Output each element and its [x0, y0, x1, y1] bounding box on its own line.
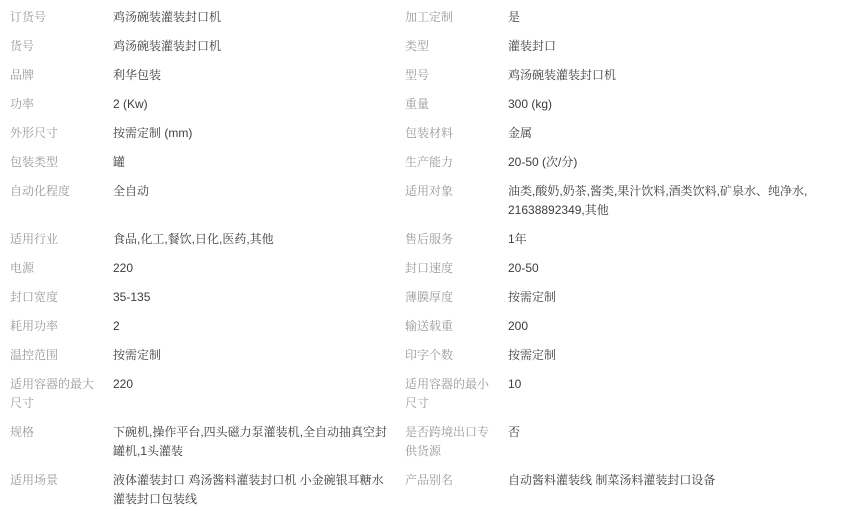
spec-pair-right: 售后服务 1年: [405, 230, 849, 249]
spec-pair-left: 包装类型 罐: [10, 153, 395, 172]
spec-pair-left: 外形尺寸 按需定制 (mm): [10, 124, 395, 143]
spec-pair-left: 适用场景 液体灌装封口 鸡汤酱料灌装封口机 小金碗银耳糖水灌装封口包装线: [10, 471, 395, 509]
spec-pair-right: 重量 300 (kg): [405, 95, 849, 114]
spec-label: 自动化程度: [10, 182, 105, 201]
spec-pair-left: 品牌 利华包装: [10, 66, 395, 85]
spec-pair-left: 温控范围 按需定制: [10, 346, 395, 365]
spec-row: 自动化程度 全自动 适用对象 油类,酸奶,奶茶,酱类,果汁饮料,酒类饮料,矿泉水…: [10, 182, 849, 220]
spec-label: 温控范围: [10, 346, 105, 365]
product-spec-table: 订货号 鸡汤碗装灌装封口机 加工定制 是 货号 鸡汤碗装灌装封口机 类型 灌装封…: [0, 0, 849, 509]
spec-label: 品牌: [10, 66, 105, 85]
spec-label: 是否跨境出口专供货源: [405, 423, 500, 461]
spec-row: 外形尺寸 按需定制 (mm) 包装材料 金属: [10, 124, 849, 143]
spec-value: 灌装封口: [508, 37, 810, 56]
spec-label: 订货号: [10, 8, 105, 27]
spec-pair-right: 薄膜厚度 按需定制: [405, 288, 849, 307]
spec-value: 按需定制: [508, 288, 810, 307]
spec-value: 金属: [508, 124, 810, 143]
spec-label: 封口速度: [405, 259, 500, 278]
spec-label: 包装材料: [405, 124, 500, 143]
spec-value: 1年: [508, 230, 810, 249]
spec-value: 液体灌装封口 鸡汤酱料灌装封口机 小金碗银耳糖水灌装封口包装线: [113, 471, 395, 509]
spec-row: 品牌 利华包装 型号 鸡汤碗装灌装封口机: [10, 66, 849, 85]
spec-value: 10: [508, 375, 810, 394]
spec-value: 鸡汤碗装灌装封口机: [113, 8, 395, 27]
spec-pair-right: 输送载重 200: [405, 317, 849, 336]
spec-value: 按需定制: [508, 346, 810, 365]
spec-value: 利华包装: [113, 66, 395, 85]
spec-label: 封口宽度: [10, 288, 105, 307]
spec-label: 加工定制: [405, 8, 500, 27]
spec-row: 规格 下碗机,操作平台,四头磁力泵灌装机,全自动抽真空封罐机,1头灌装 是否跨境…: [10, 423, 849, 461]
spec-value: 2: [113, 317, 395, 336]
spec-value: 油类,酸奶,奶茶,酱类,果汁饮料,酒类饮料,矿泉水、纯净水,2163889234…: [508, 182, 810, 220]
spec-label: 适用对象: [405, 182, 500, 201]
spec-label: 适用容器的最大尺寸: [10, 375, 105, 413]
spec-pair-right: 生产能力 20-50 (次/分): [405, 153, 849, 172]
spec-pair-right: 封口速度 20-50: [405, 259, 849, 278]
spec-pair-right: 适用容器的最小尺寸 10: [405, 375, 849, 413]
spec-value: 2 (Kw): [113, 95, 395, 114]
spec-value: 自动酱料灌装线 制菜汤料灌装封口设备: [508, 471, 810, 490]
spec-row: 适用行业 食品,化工,餐饮,日化,医药,其他 售后服务 1年: [10, 230, 849, 249]
spec-pair-right: 适用对象 油类,酸奶,奶茶,酱类,果汁饮料,酒类饮料,矿泉水、纯净水,21638…: [405, 182, 849, 220]
spec-label: 规格: [10, 423, 105, 442]
spec-pair-left: 规格 下碗机,操作平台,四头磁力泵灌装机,全自动抽真空封罐机,1头灌装: [10, 423, 395, 461]
spec-label: 生产能力: [405, 153, 500, 172]
spec-value: 300 (kg): [508, 95, 810, 114]
spec-row: 订货号 鸡汤碗装灌装封口机 加工定制 是: [10, 8, 849, 27]
spec-row: 适用场景 液体灌装封口 鸡汤酱料灌装封口机 小金碗银耳糖水灌装封口包装线 产品别…: [10, 471, 849, 509]
spec-label: 电源: [10, 259, 105, 278]
spec-value: 200: [508, 317, 810, 336]
spec-value: 220: [113, 375, 395, 394]
spec-row: 耗用功率 2 输送载重 200: [10, 317, 849, 336]
spec-pair-left: 自动化程度 全自动: [10, 182, 395, 201]
spec-value: 按需定制 (mm): [113, 124, 395, 143]
spec-pair-left: 适用行业 食品,化工,餐饮,日化,医药,其他: [10, 230, 395, 249]
spec-row: 适用容器的最大尺寸 220 适用容器的最小尺寸 10: [10, 375, 849, 413]
spec-label: 适用行业: [10, 230, 105, 249]
spec-pair-left: 耗用功率 2: [10, 317, 395, 336]
spec-pair-right: 型号 鸡汤碗装灌装封口机: [405, 66, 849, 85]
spec-row: 封口宽度 35-135 薄膜厚度 按需定制: [10, 288, 849, 307]
spec-pair-left: 适用容器的最大尺寸 220: [10, 375, 395, 413]
spec-pair-right: 类型 灌装封口: [405, 37, 849, 56]
spec-value: 35-135: [113, 288, 395, 307]
spec-value: 鸡汤碗装灌装封口机: [508, 66, 810, 85]
spec-pair-right: 是否跨境出口专供货源 否: [405, 423, 849, 461]
spec-label: 类型: [405, 37, 500, 56]
spec-value: 20-50 (次/分): [508, 153, 810, 172]
spec-label: 薄膜厚度: [405, 288, 500, 307]
spec-row: 包装类型 罐 生产能力 20-50 (次/分): [10, 153, 849, 172]
spec-row: 电源 220 封口速度 20-50: [10, 259, 849, 278]
spec-label: 售后服务: [405, 230, 500, 249]
spec-value: 鸡汤碗装灌装封口机: [113, 37, 395, 56]
spec-value: 否: [508, 423, 810, 442]
spec-value: 罐: [113, 153, 395, 172]
spec-pair-left: 电源 220: [10, 259, 395, 278]
spec-value: 食品,化工,餐饮,日化,医药,其他: [113, 230, 395, 249]
spec-pair-left: 封口宽度 35-135: [10, 288, 395, 307]
spec-label: 适用容器的最小尺寸: [405, 375, 500, 413]
spec-row: 货号 鸡汤碗装灌装封口机 类型 灌装封口: [10, 37, 849, 56]
spec-pair-right: 加工定制 是: [405, 8, 849, 27]
spec-label: 包装类型: [10, 153, 105, 172]
spec-value: 是: [508, 8, 810, 27]
spec-label: 货号: [10, 37, 105, 56]
spec-pair-left: 功率 2 (Kw): [10, 95, 395, 114]
spec-label: 重量: [405, 95, 500, 114]
spec-label: 耗用功率: [10, 317, 105, 336]
spec-label: 外形尺寸: [10, 124, 105, 143]
spec-label: 印字个数: [405, 346, 500, 365]
spec-pair-left: 货号 鸡汤碗装灌装封口机: [10, 37, 395, 56]
spec-row: 功率 2 (Kw) 重量 300 (kg): [10, 95, 849, 114]
spec-value: 按需定制: [113, 346, 395, 365]
spec-value: 20-50: [508, 259, 810, 278]
spec-label: 型号: [405, 66, 500, 85]
spec-label: 产品别名: [405, 471, 500, 490]
spec-row: 温控范围 按需定制 印字个数 按需定制: [10, 346, 849, 365]
spec-pair-right: 印字个数 按需定制: [405, 346, 849, 365]
spec-value: 全自动: [113, 182, 395, 201]
spec-label: 适用场景: [10, 471, 105, 490]
spec-label: 输送载重: [405, 317, 500, 336]
spec-value: 220: [113, 259, 395, 278]
spec-value: 下碗机,操作平台,四头磁力泵灌装机,全自动抽真空封罐机,1头灌装: [113, 423, 395, 461]
spec-pair-right: 产品别名 自动酱料灌装线 制菜汤料灌装封口设备: [405, 471, 849, 490]
spec-pair-right: 包装材料 金属: [405, 124, 849, 143]
spec-label: 功率: [10, 95, 105, 114]
spec-pair-left: 订货号 鸡汤碗装灌装封口机: [10, 8, 395, 27]
